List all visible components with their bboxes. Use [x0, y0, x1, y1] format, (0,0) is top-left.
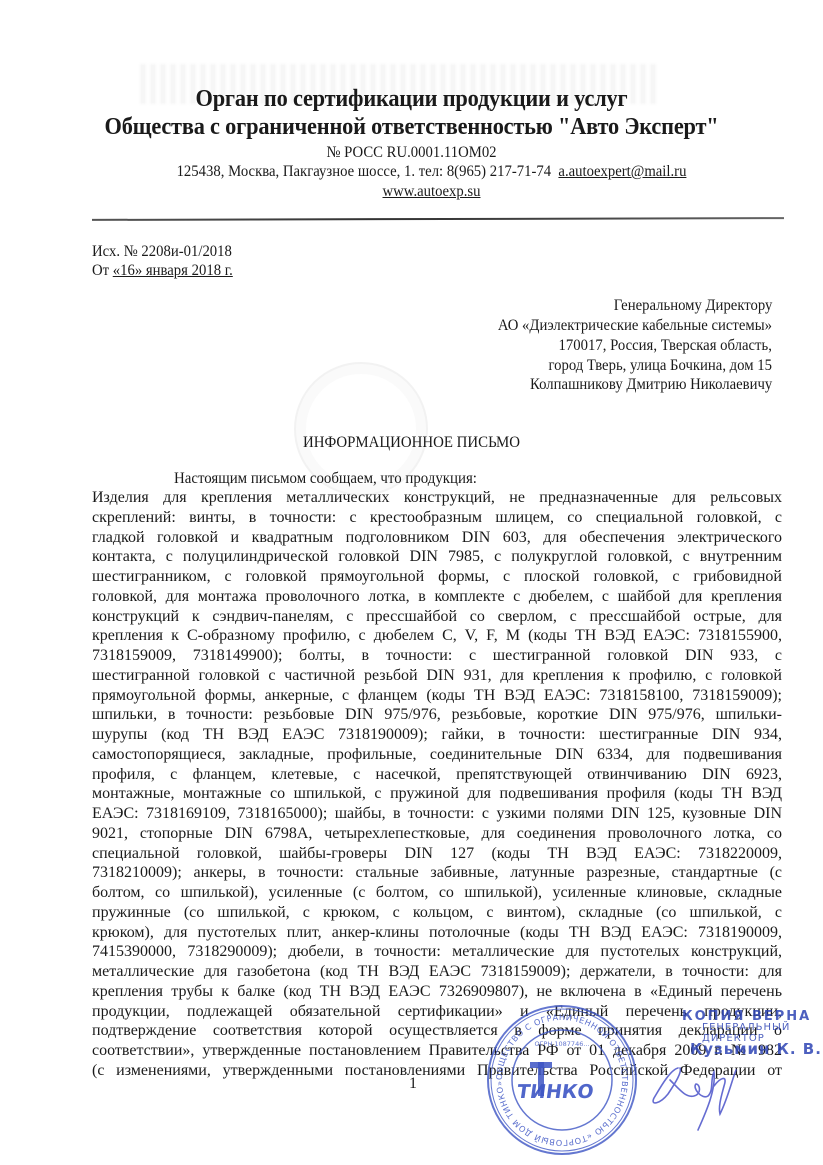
body-line: шпильки, в точности: резьбовые DIN 975/9…	[92, 705, 782, 725]
handwritten-signature	[640, 1050, 760, 1160]
body-line: продукции, подлежащей обязательной серти…	[92, 1002, 782, 1022]
outgoing-number: Исх. № 2208и-01/2018	[92, 243, 232, 261]
body-line-text: шестигранником, с головкой прямоугольной…	[92, 567, 782, 587]
body-line: 7318159009, 7318149900); болты, в точнос…	[92, 646, 782, 666]
letterhead-email-link[interactable]: a.autoexpert@mail.ru	[558, 163, 686, 180]
body-line-text: шестигранной головкой с частичной резьбо…	[92, 666, 782, 686]
body-line-text: Изделия для крепления металлических конс…	[92, 488, 782, 508]
intro-sentence: Настоящим письмом сообщаем, что продукци…	[174, 470, 477, 488]
document-title: ИНФОРМАЦИОННОЕ ПИСЬМО	[29, 434, 794, 452]
body-line-text: пружинные (со шпилькой, с крюком, с коль…	[92, 903, 782, 923]
letterhead-contacts: 125438, Москва, Пакгаузное шоссе, 1. тел…	[53, 163, 810, 181]
date-value: «16» января 2018 г.	[113, 262, 233, 279]
body-line: шестигранной головкой с частичной резьбо…	[92, 666, 782, 686]
body-line-text: ЕАЭС: 7318169109, 7318165000); шайбы, в …	[92, 804, 782, 824]
letterhead-address-phone: 125438, Москва, Пакгаузное шоссе, 1. тел…	[177, 163, 551, 180]
body-line: болтом, со шпилькой), усиленные (с болто…	[92, 883, 782, 903]
body-line: Изделия для крепления металлических конс…	[92, 488, 782, 508]
svg-text:ТИНКО: ТИНКО	[516, 1080, 596, 1103]
body-line-text: 7318159009, 7318149900); болты, в точнос…	[92, 646, 782, 666]
date-prefix: От	[92, 262, 113, 279]
body-line: специальной головкой, шайбы-гроверы DIN …	[92, 844, 782, 864]
copy-stamp-line1: КОПИЯ ВЕРНА	[682, 1011, 823, 1022]
letterhead-website: www.autoexp.su	[53, 183, 810, 201]
body-line-text: продукции, подлежащей обязательной серти…	[92, 1002, 782, 1022]
body-line-text: монтажные, монтажные со шпилькой, с пруж…	[92, 784, 782, 804]
body-line: шестигранником, с головкой прямоугольной…	[92, 567, 782, 587]
letterhead-org-line1: Орган по сертификации продукции и услуг	[29, 86, 794, 113]
body-line-text: гладкой головкой и квадратным подголовни…	[92, 528, 782, 548]
body-line-text: болтом, со шпилькой), усиленные (с болто…	[92, 883, 782, 903]
body-line-text: конструкций к сэндвич-панелям, с прессша…	[92, 607, 782, 627]
body-line-text: 7415390000, 7318290009); дюбели, в точно…	[92, 942, 782, 962]
body-line: подтверждение соответствия которой осуще…	[92, 1021, 782, 1041]
body-line: конструкций к сэндвич-панелям, с прессша…	[92, 607, 782, 627]
letter-date: От «16» января 2018 г.	[92, 262, 233, 280]
body-line: 7318210009); анкеры, в точности: стальны…	[92, 863, 782, 883]
body-line-text: скреплений: винты, в точности: с крестоо…	[92, 508, 782, 528]
body-line-text: подтверждение соответствия которой осуще…	[92, 1021, 782, 1041]
page-number: 1	[409, 1075, 417, 1093]
body-line: гладкой головкой и квадратным подголовни…	[92, 528, 782, 548]
addressee-line: Генеральному Директору	[613, 297, 772, 315]
body-line: крепления трубы к балке (код ТН ВЭД ЕАЭС…	[92, 982, 782, 1002]
body-line: контакта, с полуцилиндрической головкой …	[92, 547, 782, 567]
addressee-line: АО «Диэлектрические кабельные системы»	[498, 317, 772, 335]
letterhead-org-line2: Общества с ограниченной ответственностью…	[29, 114, 794, 141]
body-line-text: профиля, с фланцем, клетевые, с насечкой…	[92, 765, 782, 785]
addressee-line: Колпашникову Дмитрию Николаевичу	[530, 376, 772, 394]
letter-body: Изделия для крепления металлических конс…	[92, 488, 782, 1081]
body-line-text: контакта, с полуцилиндрической головкой …	[92, 547, 782, 567]
body-line-text: самостопорящиеся, закладные, профильные,…	[92, 745, 782, 765]
body-line: пружинные (со шпилькой, с крюком, с коль…	[92, 903, 782, 923]
body-line-text: крепления трубы к балке (код ТН ВЭД ЕАЭС…	[92, 982, 782, 1002]
body-line-text: 7318210009); анкеры, в точности: стальны…	[92, 863, 782, 883]
copy-verified-stamp: КОПИЯ ВЕРНА ГЕНЕРАЛЬНЫЙ ДИРЕКТОР Кузьмин…	[682, 1011, 823, 1055]
body-line: прямоугольной формы, анкерные, с фланцем…	[92, 686, 782, 706]
body-line: металлические для газобетона (код ТН ВЭД…	[92, 962, 782, 982]
addressee-line: 170017, Россия, Тверская область,	[559, 337, 772, 355]
body-line: 7415390000, 7318290009); дюбели, в точно…	[92, 942, 782, 962]
body-line-text: шурупы (код ТН ВЭД ЕАЭС 7318190009); гай…	[92, 725, 782, 745]
body-line: 9021, стопорные DIN 6798А, четырехлепест…	[92, 824, 782, 844]
body-line-text: прямоугольной формы, анкерные, с фланцем…	[92, 686, 782, 706]
body-line-text: специальной головкой, шайбы-гроверы DIN …	[92, 844, 782, 864]
body-line-text: 9021, стопорные DIN 6798А, четырехлепест…	[92, 824, 782, 844]
body-line-text: шпильки, в точности: резьбовые DIN 975/9…	[92, 705, 782, 725]
body-line: скреплений: винты, в точности: с крестоо…	[92, 508, 782, 528]
svg-text:ОГРН 1087746...: ОГРН 1087746...	[534, 1040, 589, 1048]
body-line-text: крепления к С-образному профилю, с дюбел…	[92, 626, 782, 646]
body-line: профиля, с фланцем, клетевые, с насечкой…	[92, 765, 782, 785]
letterhead-registration: № РОСС RU.0001.11ОМ02	[33, 144, 790, 162]
body-line: ЕАЭС: 7318169109, 7318165000); шайбы, в …	[92, 804, 782, 824]
body-line: шурупы (код ТН ВЭД ЕАЭС 7318190009); гай…	[92, 725, 782, 745]
body-line-text: головкой, для монтажа проволочного лотка…	[92, 587, 782, 607]
svg-text:ОБЩЕСТВО С ОГРАНИЧЕННОЙ ОТВЕТС: ОБЩЕСТВО С ОГРАНИЧЕННОЙ ОТВЕТСТВЕННОСТЬЮ…	[484, 1002, 630, 1148]
body-line: головкой, для монтажа проволочного лотка…	[92, 587, 782, 607]
letterhead-separator	[92, 217, 784, 221]
addressee-line: город Тверь, улица Бочкина, дом 15	[548, 357, 772, 375]
body-line-text: крюком), для пустотелых плит, анкер-клин…	[92, 923, 782, 943]
body-line: монтажные, монтажные со шпилькой, с пруж…	[92, 784, 782, 804]
body-line: крюком), для пустотелых плит, анкер-клин…	[92, 923, 782, 943]
round-company-stamp: ОБЩЕСТВО С ОГРАНИЧЕННОЙ ОТВЕТСТВЕННОСТЬЮ…	[484, 1002, 640, 1158]
body-line: самостопорящиеся, закладные, профильные,…	[92, 745, 782, 765]
body-line-text: металлические для газобетона (код ТН ВЭД…	[92, 962, 782, 982]
body-line: крепления к С-образному профилю, с дюбел…	[92, 626, 782, 646]
website-link[interactable]: www.autoexp.su	[383, 183, 481, 200]
